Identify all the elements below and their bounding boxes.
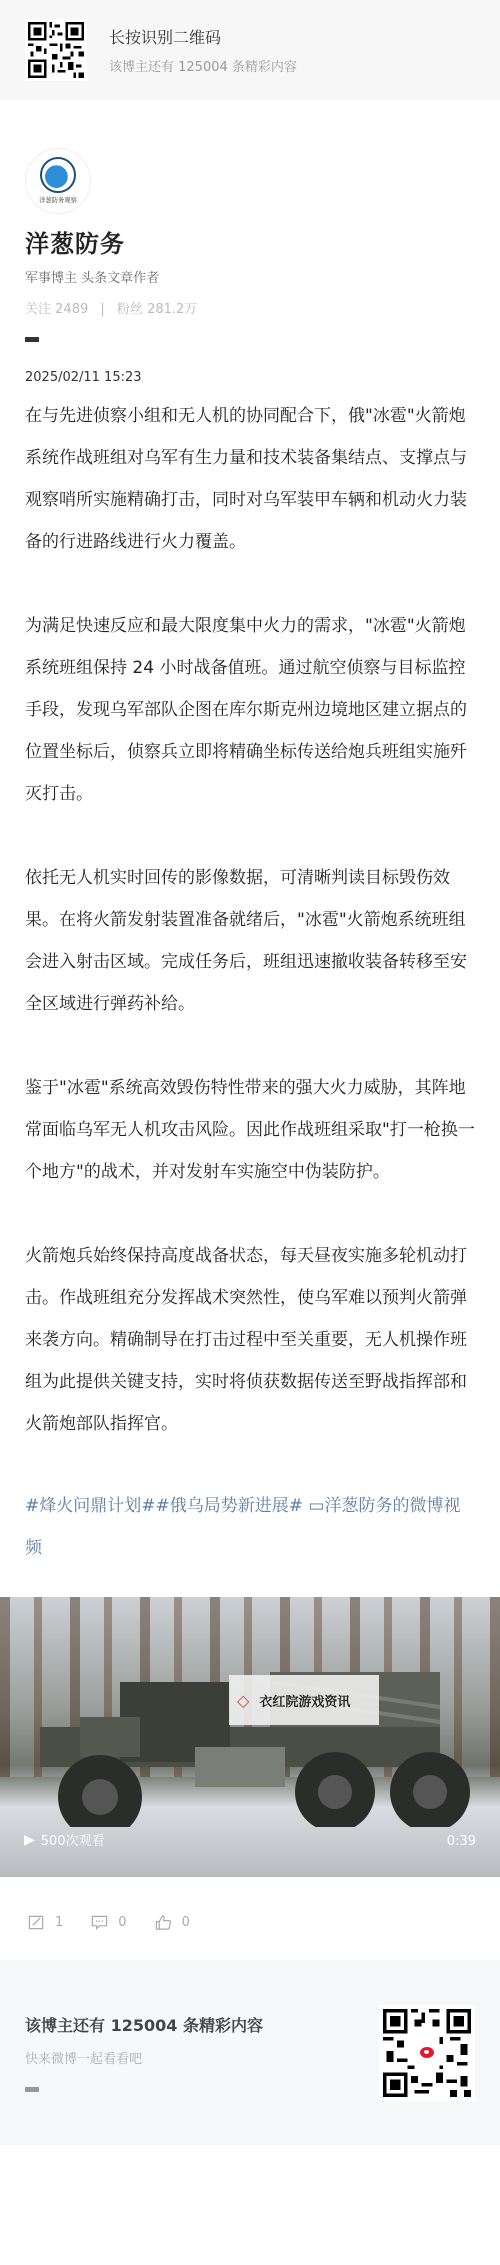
kite-icon: ◇ <box>237 1691 249 1710</box>
footer-promo: 该博主还有 125004 条精彩内容 快来微博一起看看吧 <box>0 1960 500 2145</box>
like-button[interactable]: 0 <box>155 1914 190 1931</box>
comment-icon <box>91 1914 108 1931</box>
qr-banner-subtitle: 该博主还有 125004 条精彩内容 <box>109 56 297 75</box>
avatar[interactable]: 洋葱防务观察 <box>25 148 91 214</box>
video-duration: 0:39 <box>447 1834 476 1849</box>
video-watermark-text: 衣红院游戏资讯 <box>259 1691 350 1710</box>
author-name[interactable]: 洋葱防务 <box>25 224 475 259</box>
qr-code[interactable] <box>25 19 87 81</box>
post-body: 在与先进侦察小组和无人机的协同配合下，俄"冰雹"火箭炮系统作战班组对乌军有生力量… <box>0 395 500 1445</box>
comment-button[interactable]: 0 <box>91 1914 126 1931</box>
video-views: ▶ 500次观看 <box>24 1830 105 1849</box>
repost-count: 1 <box>55 1915 63 1930</box>
stats-separator: | <box>100 302 104 317</box>
qr-banner-title: 长按识别二维码 <box>109 25 297 48</box>
footer-title: 该博主还有 125004 条精彩内容 <box>25 2013 263 2036</box>
post-paragraph: 在与先进侦察小组和无人机的协同配合下，俄"冰雹"火箭炮系统作战班组对乌军有生力量… <box>25 395 475 563</box>
weibo-logo-icon <box>416 2042 438 2064</box>
rocket-truck-image <box>20 1647 470 1827</box>
footer-divider-dash <box>25 2087 39 2092</box>
post-paragraph: 依托无人机实时回传的影像数据，可清晰判读目标毁伤效果。在将火箭发射装置准备就绪后… <box>25 857 475 1025</box>
video-player[interactable]: ◇ 衣红院游戏资讯 ▶ 500次观看 0:39 <box>0 1597 500 1877</box>
post-paragraph: 为满足快速反应和最大限度集中火力的需求，"冰雹"火箭炮系统班组保持 24 小时战… <box>25 605 475 815</box>
like-count: 0 <box>182 1915 190 1930</box>
video-icon: ▭ <box>308 1496 324 1516</box>
avatar-text: 洋葱防务观察 <box>39 196 77 205</box>
repost-button[interactable]: 1 <box>28 1914 63 1931</box>
followers-label: 粉丝 <box>117 302 143 317</box>
footer-qr-code[interactable] <box>379 2005 475 2101</box>
qr-code-icon <box>28 22 84 78</box>
qr-banner: 长按识别二维码 该博主还有 125004 条精彩内容 <box>0 0 500 100</box>
author-stats: 关注 2489 | 粉丝 281.2万 <box>25 298 475 317</box>
footer-subtitle: 快来微博一起看看吧 <box>25 2048 263 2067</box>
fish-logo-icon <box>40 157 76 193</box>
followers-count: 281.2万 <box>147 302 197 317</box>
author-role: 军事博主 头条文章作者 <box>25 267 475 286</box>
thumbs-up-icon <box>155 1914 172 1931</box>
following-label: 关注 <box>25 302 51 317</box>
post-paragraph: 鉴于"冰雹"系统高效毁伤特性带来的强大火力威胁，其阵地常面临乌军无人机攻击风险。… <box>25 1067 475 1193</box>
divider-dash <box>25 337 39 342</box>
hashtag-link[interactable]: #俄乌局势新进展# <box>156 1496 304 1516</box>
hashtag-link[interactable]: #烽火问鼎计划# <box>25 1496 156 1516</box>
post-paragraph: 火箭炮兵始终保持高度战备状态，每天昼夜实施多轮机动打击。作战班组充分发挥战术突然… <box>25 1235 475 1445</box>
repost-icon <box>28 1914 45 1931</box>
video-watermark-label: ◇ 衣红院游戏资讯 <box>229 1675 379 1725</box>
video-view-count: 500次观看 <box>41 1830 105 1849</box>
author-profile: 洋葱防务观察 洋葱防务 军事博主 头条文章作者 关注 2489 | 粉丝 281… <box>0 100 500 385</box>
post-tags: #烽火问鼎计划##俄乌局势新进展# ▭洋葱防务的微博视频 <box>0 1485 500 1569</box>
following-count: 2489 <box>55 302 88 317</box>
post-actions: 1 0 0 <box>0 1887 500 1957</box>
post-date: 2025/02/11 15:23 <box>25 370 475 385</box>
play-icon[interactable]: ▶ <box>24 1832 35 1848</box>
comment-count: 0 <box>118 1915 126 1930</box>
